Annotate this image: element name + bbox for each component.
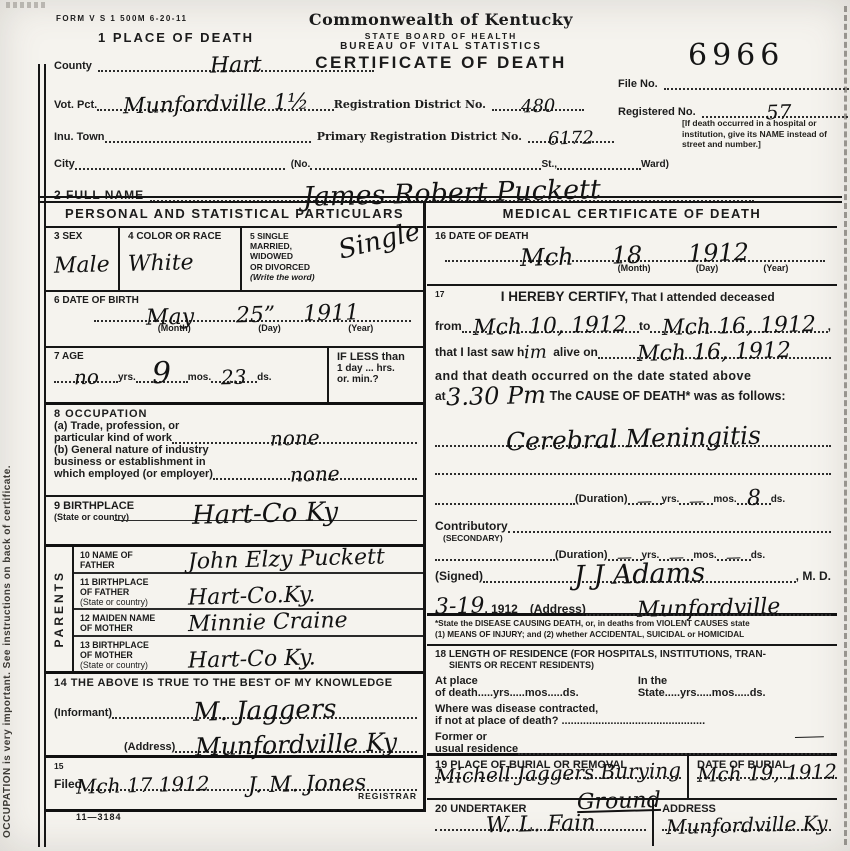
- parents-label: PARENTS: [52, 570, 66, 647]
- sex-value: Male: [54, 257, 110, 275]
- left-section-title: PERSONAL AND STATISTICAL PARTICULARS: [46, 203, 423, 228]
- in-state-label1: In the: [638, 675, 831, 687]
- duration2-ds-blank: —: [717, 553, 751, 561]
- race-cell: 4 COLOR OR RACE White: [120, 228, 242, 290]
- duration-ds-value: 8: [746, 490, 760, 507]
- city-ward-label: Ward): [641, 159, 669, 170]
- mother-name-label2: OF MOTHER: [80, 623, 133, 633]
- age-ds-value: 23: [221, 370, 247, 386]
- to-label: to: [639, 319, 650, 333]
- cause-blank-2: [435, 467, 831, 475]
- county-value: Hart: [210, 57, 262, 75]
- signed-date-value: 3-19: [435, 598, 485, 616]
- time-value: 3.30 Pm: [445, 386, 545, 407]
- sex-race-marital-row: 3 SEX Male 4 COLOR OR RACE White 5 SINGL…: [46, 228, 423, 292]
- duration-ds-blank: 8: [737, 497, 771, 505]
- occupation-b-line2: business or establishment in: [54, 456, 417, 468]
- secondary-label: (SECONDARY): [443, 533, 831, 543]
- signed-address-value: Munfordville: [637, 599, 781, 619]
- filed-date-blank: Mch 17 1912: [88, 783, 198, 791]
- occupation-a-line1: (a) Trade, profession, or: [54, 420, 417, 432]
- contracted-row: Where was disease contracted, if not at …: [427, 700, 837, 728]
- hospital-note: [If death occurred in a hospital or inst…: [682, 118, 850, 150]
- signed-address-label: (Address): [530, 602, 586, 616]
- contributory-blank: [508, 525, 831, 533]
- death-certificate-scan: OCCUPATION is very important. See instru…: [0, 0, 850, 851]
- from-value: Mch 10, 1912: [473, 317, 627, 338]
- birthplace-blank: Hart-Co Ky: [114, 514, 417, 521]
- registration-district-blank: 480: [492, 103, 584, 111]
- last-saw-prefix: that I last saw h: [435, 345, 524, 359]
- vot-pct-blank: Munfordville 1½: [97, 103, 334, 111]
- certify-text: That I attended deceased: [631, 290, 774, 304]
- informant-address-blank: Munfordville Ky: [175, 745, 417, 753]
- dod-value: Mch 18 1912: [520, 243, 749, 267]
- certificate-number: 6966: [688, 38, 784, 73]
- file-no-row: File No.: [618, 78, 850, 90]
- footnote-block: *State the DISEASE CAUSING DEATH, or, in…: [427, 616, 837, 646]
- burial-date-blank: Mch 19, 1912: [697, 771, 837, 779]
- duration-ds-label: ds.: [771, 494, 785, 505]
- occupation-label: 8 OCCUPATION: [54, 408, 417, 420]
- age-mos-value: 9: [152, 362, 172, 385]
- last-saw-hw: im: [524, 345, 547, 359]
- if-less-line1: IF LESS than: [337, 351, 417, 363]
- father-name-label2: FATHER: [80, 560, 115, 570]
- mother-bp-value: Hart-Co Ky.: [188, 650, 316, 670]
- registered-no-label: Registered No.: [618, 106, 696, 118]
- form-code: FORM V S 1 500M 6-20-11: [56, 14, 187, 23]
- age-label: 7 AGE: [54, 351, 321, 362]
- duration2-ds-label: ds.: [751, 550, 765, 561]
- attest-label: 14 THE ABOVE IS TRUE TO THE BEST OF MY K…: [54, 677, 417, 689]
- duration-yrs-blank: —: [628, 497, 662, 505]
- father-name-value: John Elzy Puckett: [188, 550, 385, 572]
- city-label: City: [54, 158, 75, 170]
- birthplace-cell: 9 BIRTHPLACE (State or country) Hart-Co …: [46, 497, 423, 547]
- age-row: 7 AGE no yrs. 9 mos. 23 ds. IF LESS than…: [46, 348, 423, 405]
- marital-cell: 5 SINGLE MARRIED, WIDOWED OR DIVORCED (W…: [242, 228, 423, 290]
- former-label2: usual residence: [435, 743, 518, 755]
- to-value: Mch 16, 1912: [662, 317, 816, 338]
- former-stray-mark: ⸺: [792, 730, 823, 744]
- signed-blank: J J Adams: [483, 575, 796, 583]
- registration-district-label: Registration District No.: [334, 98, 486, 111]
- age-mos-label: mos.: [188, 372, 211, 383]
- age-mos-blank: 9: [136, 375, 188, 383]
- father-name-label1: 10 NAME OF: [80, 550, 133, 560]
- undertaker-address-blank: Munfordville Ky: [662, 823, 831, 831]
- mother-bp-label1: 13 BIRTHPLACE: [80, 640, 149, 650]
- occupation-cell: 8 OCCUPATION (a) Trade, profession, or p…: [46, 405, 423, 497]
- cause-bold: The CAUSE OF DEATH* was as follows:: [550, 389, 786, 403]
- mother-bp-label3: (State or country): [80, 660, 148, 670]
- occupation-a-line2: particular kind of work: [54, 432, 172, 444]
- contracted-label1: Where was disease contracted,: [435, 703, 831, 715]
- state-board-line: STATE BOARD OF HEALTH: [286, 31, 596, 41]
- residence-label-line1: 18 LENGTH OF RESIDENCE (FOR HOSPITALS, I…: [435, 649, 831, 660]
- signed-label: (Signed): [435, 569, 483, 583]
- race-label: 4 COLOR OR RACE: [128, 231, 234, 242]
- duration-mos-blank: —: [679, 497, 713, 505]
- inc-town-label: Inu. Town: [54, 131, 105, 143]
- dob-value: May 25” 1911: [146, 305, 360, 327]
- residence-duration-row: At place of death.....yrs.....mos.....ds…: [427, 672, 837, 700]
- left-double-border: [38, 64, 46, 847]
- occupation-b-value: none: [290, 466, 340, 482]
- last-seen-blank: Mch 16, 1912: [598, 351, 831, 359]
- city-no-blank: [310, 162, 541, 170]
- burial-date-cell: DATE OF BURIAL Mch 19, 1912: [689, 756, 843, 798]
- from-blank: Mch 10, 1912: [462, 325, 639, 333]
- burial-date-value: Mch 19, 1912: [697, 764, 837, 783]
- mother-name-value: Minnie Craine: [188, 613, 348, 634]
- informant-address-value: Munfordville Ky: [195, 734, 398, 758]
- registration-district-value: 480: [521, 99, 556, 113]
- cause-block: Cerebral Meningitis (Duration) — yrs. — …: [427, 436, 837, 516]
- vot-pct-row: Vot. Pct. Munfordville 1½ Registration D…: [54, 98, 584, 111]
- duration-mos-value: —: [689, 496, 704, 508]
- occupation-b-line1: (b) General nature of industry: [54, 444, 417, 456]
- former-residence-row: Former or usual residence ⸺: [427, 728, 837, 756]
- in-state-label2: State.....yrs.....mos.....ds.: [638, 687, 831, 699]
- certify-item-number: 17: [435, 289, 444, 299]
- file-no-label: File No.: [618, 78, 658, 90]
- signed-address-blank: Munfordville: [586, 608, 831, 616]
- age-yrs-label: yrs.: [118, 372, 136, 383]
- registered-no-row: Registered No. 57: [618, 106, 850, 118]
- to-blank: Mch 16, 1912: [650, 325, 827, 333]
- mother-birthplace-row: 13 BIRTHPLACEOF MOTHER(State or country)…: [74, 637, 423, 671]
- personal-particulars-column: PERSONAL AND STATISTICAL PARTICULARS 3 S…: [46, 203, 426, 812]
- dob-blank: May 25” 1911: [94, 314, 411, 322]
- at-place-label1: At place: [435, 675, 638, 687]
- scan-smudge: [6, 2, 46, 8]
- filed-item-number: 15: [54, 761, 417, 771]
- residence-heading: 18 LENGTH OF RESIDENCE (FOR HOSPITALS, I…: [427, 646, 837, 672]
- certify-block: 17 I HEREBY CERTIFY, That I attended dec…: [427, 286, 837, 436]
- mother-name-label1: 12 MAIDEN NAME: [80, 613, 155, 623]
- city-blank: [75, 162, 285, 170]
- birthplace-value: Hart-Co Ky: [192, 503, 339, 526]
- city-st-label: St.,: [541, 159, 557, 170]
- occupation-a-value: none: [269, 430, 319, 446]
- filed-registrar-value: J. M. Jones: [248, 775, 367, 795]
- duration-mos-label: mos.: [713, 494, 736, 505]
- father-birthplace-row: 11 BIRTHPLACEOF FATHER(State or country)…: [74, 574, 423, 610]
- sex-label: 3 SEX: [54, 231, 112, 242]
- county-row: County Hart: [54, 60, 374, 72]
- father-name-row: 10 NAME OFFATHER John Elzy Puckett: [74, 547, 423, 574]
- undertaker-address-value: Munfordville Ky: [666, 816, 828, 835]
- former-label1: Former or: [435, 731, 831, 743]
- certify-bold: I HEREBY CERTIFY,: [501, 289, 628, 304]
- margin-note: OCCUPATION is very important. See instru…: [2, 368, 16, 838]
- city-ward-blank: [557, 162, 641, 170]
- mother-bp-label2: OF MOTHER: [80, 650, 133, 660]
- md-label: , M. D.: [796, 569, 831, 583]
- residence-label-line2: SIENTS OR RECENT RESIDENTS): [449, 660, 831, 670]
- father-bp-label3: (State or country): [80, 597, 148, 607]
- burial-place-value: Michell Jaggers Burying: [435, 763, 681, 784]
- contributory-block: Contributory (SECONDARY) (Duration) — yr…: [427, 516, 837, 560]
- race-value: White: [128, 255, 194, 273]
- at-label: at: [435, 389, 446, 403]
- age-ds-blank: 23: [211, 375, 257, 383]
- marital-label-4: OR DIVORCED: [250, 262, 417, 272]
- undertaker-row: 20 UNDERTAKER W. L. Fain ADDRESS Munford…: [427, 800, 837, 846]
- occupation-b-line3: which employed (or employer): [54, 468, 213, 480]
- if-less-cell: IF LESS than 1 day ... hrs. or. min.?: [327, 348, 423, 402]
- signed-value: J J Adams: [574, 563, 706, 587]
- place-of-death-label: 1 PLACE OF DEATH: [98, 30, 254, 45]
- if-less-line2: 1 day ... hrs.: [337, 363, 417, 374]
- undertaker-value: W. L. Fain: [486, 815, 596, 834]
- age-yrs-blank: no: [54, 375, 118, 383]
- occupation-a-blank: none: [172, 436, 417, 444]
- city-no-label: (No.: [291, 159, 310, 170]
- duration2-lead-blank: [435, 553, 555, 561]
- father-bp-value: Hart-Co.Ky.: [188, 587, 316, 607]
- commonwealth-title: Commonwealth of Kentucky: [286, 10, 596, 29]
- undertaker-blank: W. L. Fain: [435, 823, 646, 831]
- age-yrs-value: no: [73, 370, 98, 386]
- former-blank: [518, 747, 831, 755]
- dod-year-label: (Year): [763, 263, 788, 273]
- marital-label-5: (Write the word): [250, 272, 417, 282]
- sex-cell: 3 SEX Male: [46, 228, 120, 290]
- dod-blank: Mch 18 1912: [445, 254, 825, 262]
- duration2-ds-value: —: [726, 552, 741, 564]
- footnote-line1: *State the DISEASE CAUSING DEATH, or, in…: [435, 619, 831, 630]
- from-label: from: [435, 319, 462, 333]
- duration-label: (Duration): [575, 493, 628, 505]
- header: FORM V S 1 500M 6-20-11 1 PLACE OF DEATH…: [46, 6, 840, 196]
- parents-strip: PARENTS: [46, 547, 74, 671]
- primary-registration-blank: 6172: [528, 135, 614, 143]
- occupation-b-blank: none: [213, 472, 417, 480]
- informant-value: M. Jaggers: [193, 700, 337, 723]
- city-row: City (No. St., Ward): [54, 158, 669, 170]
- cause-blank: Cerebral Meningitis: [435, 439, 831, 447]
- duration-lead-blank: [435, 497, 575, 505]
- filed-registrar-blank: J. M. Jones: [198, 783, 417, 791]
- duration-yrs-value: —: [637, 496, 652, 508]
- bureau-line: BUREAU OF VITAL STATISTICS: [286, 41, 596, 52]
- age-ds-label: ds.: [257, 372, 271, 383]
- at-place-label2: of death.....yrs.....mos.....ds.: [435, 687, 638, 699]
- father-bp-label2: OF FATHER: [80, 587, 129, 597]
- inc-town-blank: [105, 135, 311, 143]
- medical-certificate-column: MEDICAL CERTIFICATE OF DEATH 16 DATE OF …: [427, 203, 837, 846]
- contracted-label2: if not at place of death? ..............…: [435, 715, 831, 727]
- vot-pct-label: Vot. Pct.: [54, 99, 97, 111]
- informant-address-label: (Address): [124, 741, 175, 753]
- primary-registration-label: Primary Registration District No.: [317, 130, 522, 143]
- attest-block: 14 THE ABOVE IS TRUE TO THE BEST OF MY K…: [46, 674, 423, 758]
- parents-block: PARENTS 10 NAME OFFATHER John Elzy Pucke…: [46, 547, 423, 674]
- filed-block: 15 Filed Mch 17 1912 J. M. Jones REGISTR…: [46, 758, 423, 812]
- dob-cell: 6 DATE OF BIRTH May 25” 1911 (Month) (Da…: [46, 292, 423, 348]
- if-less-line3: or. min.?: [337, 374, 417, 385]
- mother-name-row: 12 MAIDEN NAMEOF MOTHER Minnie Craine: [74, 610, 423, 637]
- footnote-line2: (1) MEANS OF INJURY; and (2) whether ACC…: [435, 630, 831, 641]
- duration-yrs-label: yrs.: [662, 494, 680, 505]
- signed-block: (Signed) J J Adams , M. D. 3-19 , 1912 (…: [427, 560, 837, 616]
- plate-code: 11—3184: [76, 812, 122, 822]
- filed-date-value: Mch 17 1912: [76, 776, 210, 794]
- right-section-title: MEDICAL CERTIFICATE OF DEATH: [427, 203, 837, 228]
- contributory-label: Contributory: [435, 519, 508, 533]
- father-bp-label1: 11 BIRTHPLACE: [80, 577, 148, 587]
- signed-year: , 1912: [484, 602, 517, 616]
- county-label: County: [54, 60, 92, 72]
- inc-town-row: Inu. Town Primary Registration District …: [54, 130, 614, 143]
- informant-label: (Informant): [54, 707, 112, 719]
- undertaker-address-cell: ADDRESS Munfordville Ky: [654, 800, 837, 846]
- cause-value: Cerebral Meningitis: [505, 427, 760, 452]
- informant-blank: M. Jaggers: [112, 711, 417, 719]
- age-cell: 7 AGE no yrs. 9 mos. 23 ds.: [46, 348, 327, 402]
- burial-place-blank: Michell Jaggers Burying: [435, 771, 681, 779]
- file-no-blank: [664, 82, 850, 90]
- vot-pct-value: Munfordville 1½: [122, 94, 308, 115]
- registered-no-blank: 57: [702, 110, 850, 118]
- county-blank: Hart: [98, 64, 374, 72]
- header-divider: [38, 196, 842, 203]
- burial-place-value2: Ground: [577, 793, 661, 812]
- alive-label: alive on: [553, 345, 598, 359]
- dod-cell: 16 DATE OF DEATH Mch 18 1912 (Month) (Da…: [427, 228, 837, 286]
- primary-registration-value: 6172: [548, 131, 594, 146]
- last-seen-value: Mch 16, 1912: [637, 343, 791, 364]
